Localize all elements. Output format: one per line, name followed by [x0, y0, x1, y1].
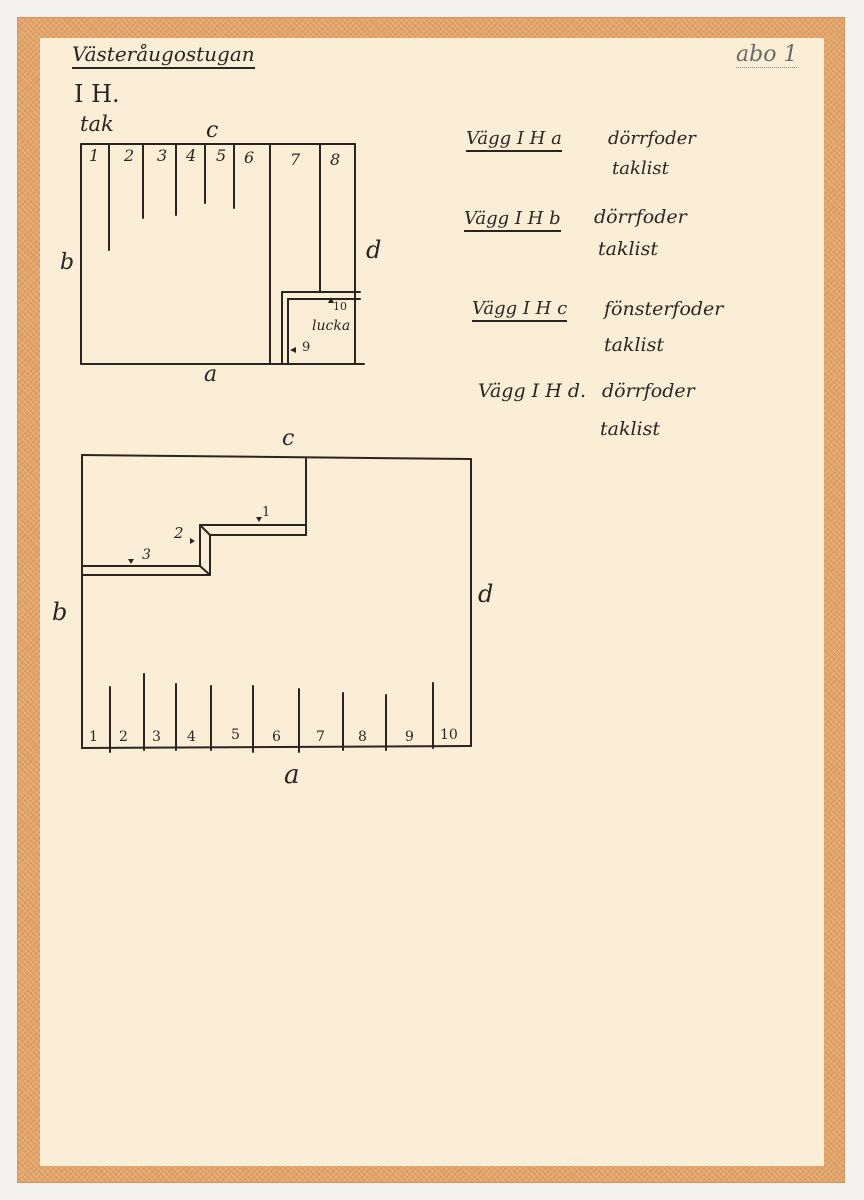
ceiling-plan-outline	[81, 144, 364, 364]
floor-plan-outline	[82, 455, 471, 752]
plan-drawings	[0, 0, 864, 1200]
